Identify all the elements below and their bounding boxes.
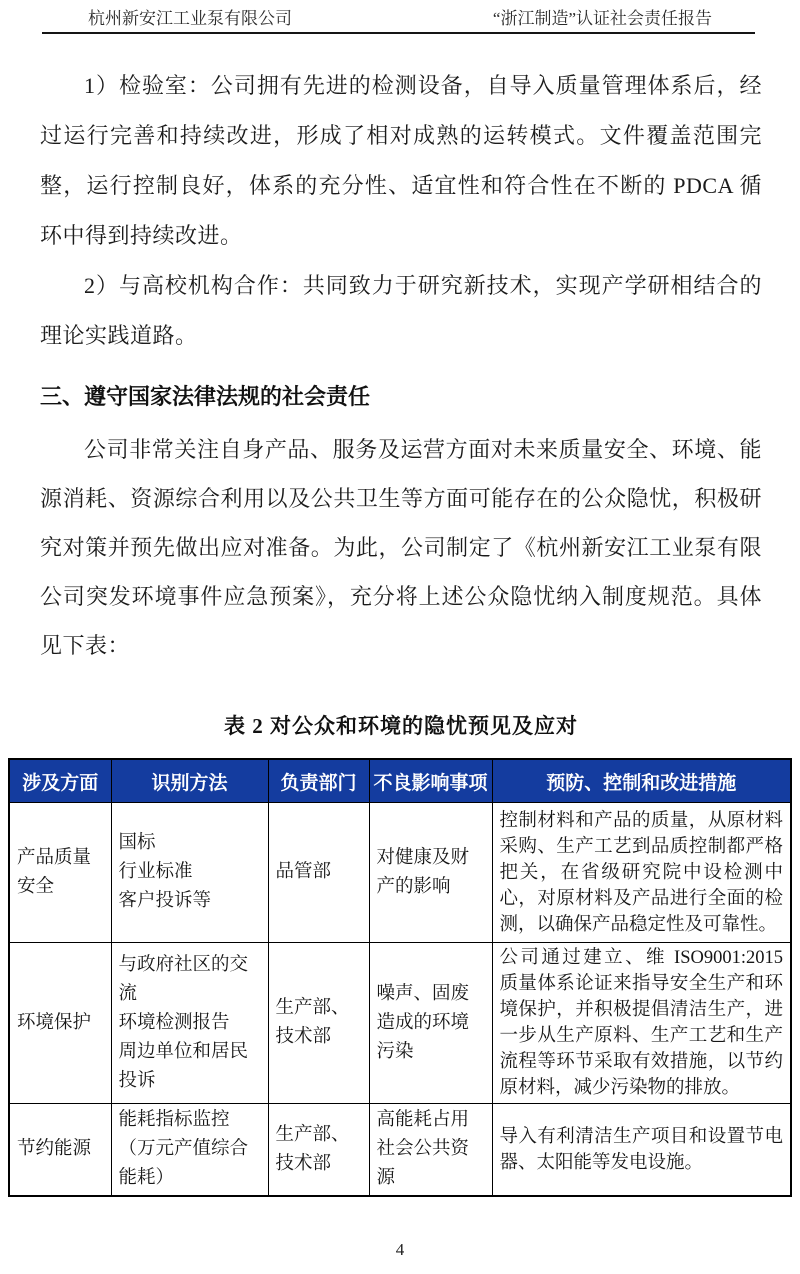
cell-prevention-measures: 公司通过建立、维 ISO9001:2015 质量体系论证来指导安全生产和环境保护… bbox=[492, 943, 791, 1104]
header-rule bbox=[42, 32, 755, 34]
cell-identification-method: 能耗指标监控 （万元产值综合能耗） bbox=[111, 1104, 268, 1197]
document-page: 杭州新安江工业泵有限公司 “浙江制造”认证社会责任报告 1）检验室：公司拥有先进… bbox=[0, 0, 800, 1274]
concerns-table: 涉及方面 识别方法 负责部门 不良影响事项 预防、控制和改进措施 产品质量安全 … bbox=[8, 758, 792, 1197]
cell-department: 生产部、技术部 bbox=[268, 1104, 369, 1197]
page-header: 杭州新安江工业泵有限公司 “浙江制造”认证社会责任报告 bbox=[0, 0, 800, 30]
cell-adverse-impact: 高能耗占用社会公共资源 bbox=[369, 1104, 492, 1197]
col-header-department: 负责部门 bbox=[268, 759, 369, 803]
cell-adverse-impact: 对健康及财产的影响 bbox=[369, 803, 492, 943]
table-caption: 表 2 对公众和环境的隐忧预见及应对 bbox=[40, 711, 762, 741]
col-header-prevention-measures: 预防、控制和改进措施 bbox=[492, 759, 791, 803]
paragraph-university-cooperation: 2）与高校机构合作：共同致力于研究新技术，实现产学研相结合的理论实践道路。 bbox=[40, 261, 762, 361]
col-header-aspect: 涉及方面 bbox=[9, 759, 111, 803]
cell-aspect: 产品质量安全 bbox=[9, 803, 111, 943]
paragraph-public-concerns: 公司非常关注自身产品、服务及运营方面对未来质量安全、环境、能源消耗、资源综合利用… bbox=[40, 425, 762, 670]
col-header-adverse-impact: 不良影响事项 bbox=[369, 759, 492, 803]
cell-aspect: 环境保护 bbox=[9, 943, 111, 1104]
table-header-row: 涉及方面 识别方法 负责部门 不良影响事项 预防、控制和改进措施 bbox=[9, 759, 791, 803]
cell-prevention-measures: 控制材料和产品的质量，从原材料采购、生产工艺到品质控制都严格把关，在省级研究院中… bbox=[492, 803, 791, 943]
cell-department: 品管部 bbox=[268, 803, 369, 943]
table-row-product-quality: 产品质量安全 国标 行业标准 客户投诉等 品管部 对健康及财产的影响 控制材料和… bbox=[9, 803, 791, 943]
table-row-environment-protection: 环境保护 与政府社区的交流 环境检测报告 周边单位和居民投诉 生产部、技术部 噪… bbox=[9, 943, 791, 1104]
section-heading-legal-responsibility: 三、遵守国家法律法规的社会责任 bbox=[40, 379, 762, 415]
cell-aspect: 节约能源 bbox=[9, 1104, 111, 1197]
cell-department: 生产部、技术部 bbox=[268, 943, 369, 1104]
cell-identification-method: 国标 行业标准 客户投诉等 bbox=[111, 803, 268, 943]
header-report-title: “浙江制造”认证社会责任报告 bbox=[493, 8, 712, 30]
paragraph-inspection-room: 1）检验室：公司拥有先进的检测设备，自导入质量管理体系后，经过运行完善和持续改进… bbox=[40, 61, 762, 261]
table-row-energy-saving: 节约能源 能耗指标监控 （万元产值综合能耗） 生产部、技术部 高能耗占用社会公共… bbox=[9, 1104, 791, 1197]
cell-identification-method: 与政府社区的交流 环境检测报告 周边单位和居民投诉 bbox=[111, 943, 268, 1104]
page-number: 4 bbox=[0, 1240, 800, 1260]
cell-prevention-measures: 导入有利清洁生产项目和设置节电器、太阳能等发电设施。 bbox=[492, 1104, 791, 1197]
col-header-identification-method: 识别方法 bbox=[111, 759, 268, 803]
header-company-name: 杭州新安江工业泵有限公司 bbox=[88, 8, 292, 30]
document-body: 1）检验室：公司拥有先进的检测设备，自导入质量管理体系后，经过运行完善和持续改进… bbox=[40, 61, 762, 741]
cell-adverse-impact: 噪声、固废造成的环境污染 bbox=[369, 943, 492, 1104]
